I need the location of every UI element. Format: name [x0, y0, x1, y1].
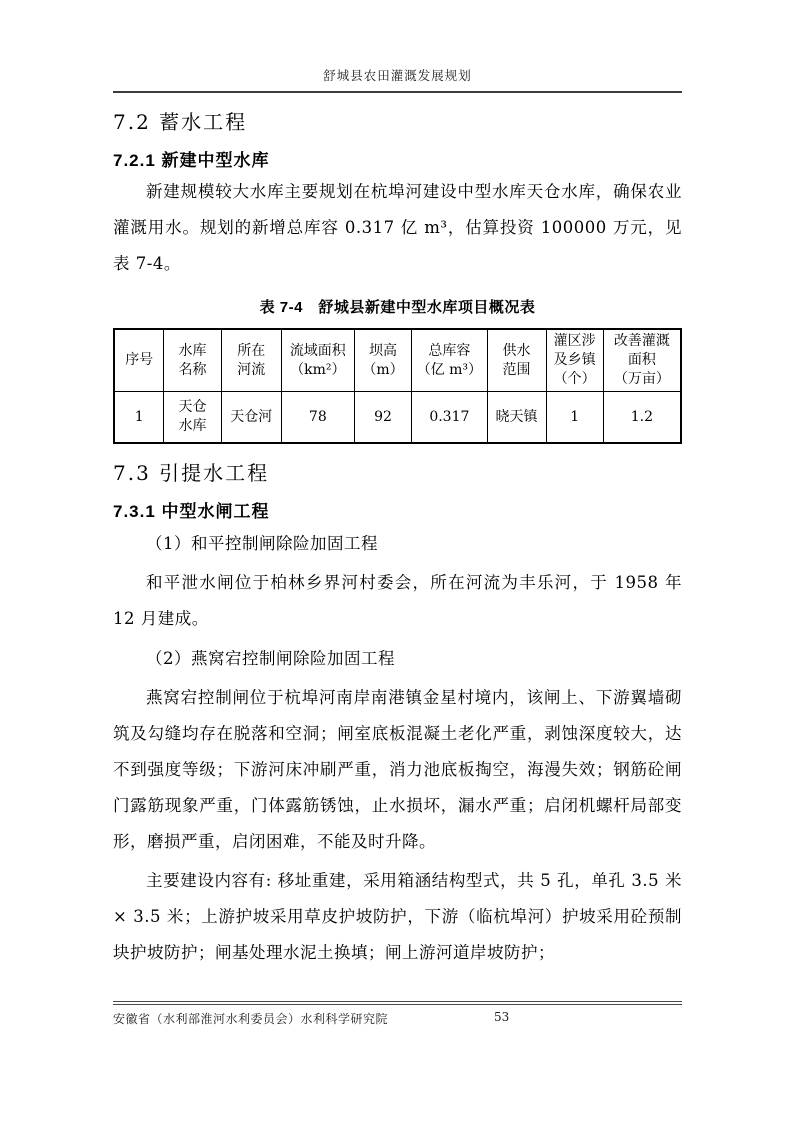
table-header-row: 序号 水库 名称 所在 河流 流域面积 （km²） 坝高 （m） 总库容 （亿 … — [114, 329, 681, 392]
footer-row: 安徽省（水利部淮河水利委员会）水利科学研究院 53 — [113, 1010, 682, 1027]
document-page: 舒城县农田灌溉发展规划 7.2 蓄水工程 7.2.1 新建中型水库 新建规模较大… — [0, 0, 794, 1122]
cell-improved-area: 1.2 — [603, 392, 681, 444]
page-footer: 安徽省（水利部淮河水利委员会）水利科学研究院 53 — [113, 1001, 682, 1027]
col-header-improved-area: 改善灌溉 面积 （万亩） — [603, 329, 681, 392]
document-body: 7.2 蓄水工程 7.2.1 新建中型水库 新建规模较大水库主要规划在杭埠河建设… — [113, 106, 682, 971]
col-header-reservoir-name: 水库 名称 — [164, 329, 221, 392]
cell-index: 1 — [114, 392, 164, 444]
col-header-townships: 灌区涉 及乡镇 （个） — [546, 329, 603, 392]
cell-reservoir-name: 天仓 水库 — [164, 392, 221, 444]
col-header-basin-area: 流域面积 （km²） — [281, 329, 354, 392]
cell-townships: 1 — [546, 392, 603, 444]
col-header-total-capacity: 总库容 （亿 m³） — [412, 329, 487, 392]
page-header: 舒城县农田灌溉发展规划 — [113, 0, 682, 93]
cell-supply-scope: 晓天镇 — [487, 392, 546, 444]
paragraph-new-reservoir-plan: 新建规模较大水库主要规划在杭埠河建设中型水库天仓水库，确保农业灌溉用水。规划的新… — [113, 174, 682, 282]
section-7-3-1-heading: 7.3.1 中型水闸工程 — [113, 497, 682, 522]
page-number: 53 — [494, 1010, 509, 1024]
cell-dam-height: 92 — [354, 392, 411, 444]
paragraph-yanwodang-condition: 燕窝宕控制闸位于杭埠河南岸南港镇金星村境内，该闸上、下游翼墙砌筑及勾缝均存在脱落… — [113, 680, 682, 860]
col-header-dam-height: 坝高 （m） — [354, 329, 411, 392]
section-7-2-heading: 7.2 蓄水工程 — [113, 106, 682, 135]
paragraph-heping-gate: 和平泄水闸位于柏林乡界河村委会，所在河流为丰乐河，于 1958 年 12 月建成… — [113, 565, 682, 637]
section-7-3-heading: 7.3 引提水工程 — [113, 457, 682, 486]
header-rule — [113, 91, 682, 93]
table-7-4-caption: 表 7-4 舒城县新建中型水库项目概况表 — [113, 296, 682, 317]
item-2-heading: （2）燕窝宕控制闸除险加固工程 — [113, 641, 682, 677]
cell-river: 天仓河 — [221, 392, 281, 444]
table-row: 1 天仓 水库 天仓河 78 92 0.317 晓天镇 1 1.2 — [114, 392, 681, 444]
col-header-index: 序号 — [114, 329, 164, 392]
running-header-title: 舒城县农田灌溉发展规划 — [113, 66, 682, 84]
col-header-river: 所在 河流 — [221, 329, 281, 392]
cell-total-capacity: 0.317 — [412, 392, 487, 444]
paragraph-yanwodang-construction: 主要建设内容有: 移址重建，采用箱涵结构型式，共 5 孔，单孔 3.5 米 × … — [113, 863, 682, 971]
table-7-4: 序号 水库 名称 所在 河流 流域面积 （km²） 坝高 （m） 总库容 （亿 … — [113, 328, 682, 444]
col-header-supply-scope: 供水 范围 — [487, 329, 546, 392]
item-1-heading: （1）和平控制闸除险加固工程 — [113, 526, 682, 562]
footer-rule — [113, 1001, 682, 1005]
section-7-2-1-heading: 7.2.1 新建中型水库 — [113, 146, 682, 171]
cell-basin-area: 78 — [281, 392, 354, 444]
footer-organization: 安徽省（水利部淮河水利委员会）水利科学研究院 — [113, 1012, 388, 1026]
